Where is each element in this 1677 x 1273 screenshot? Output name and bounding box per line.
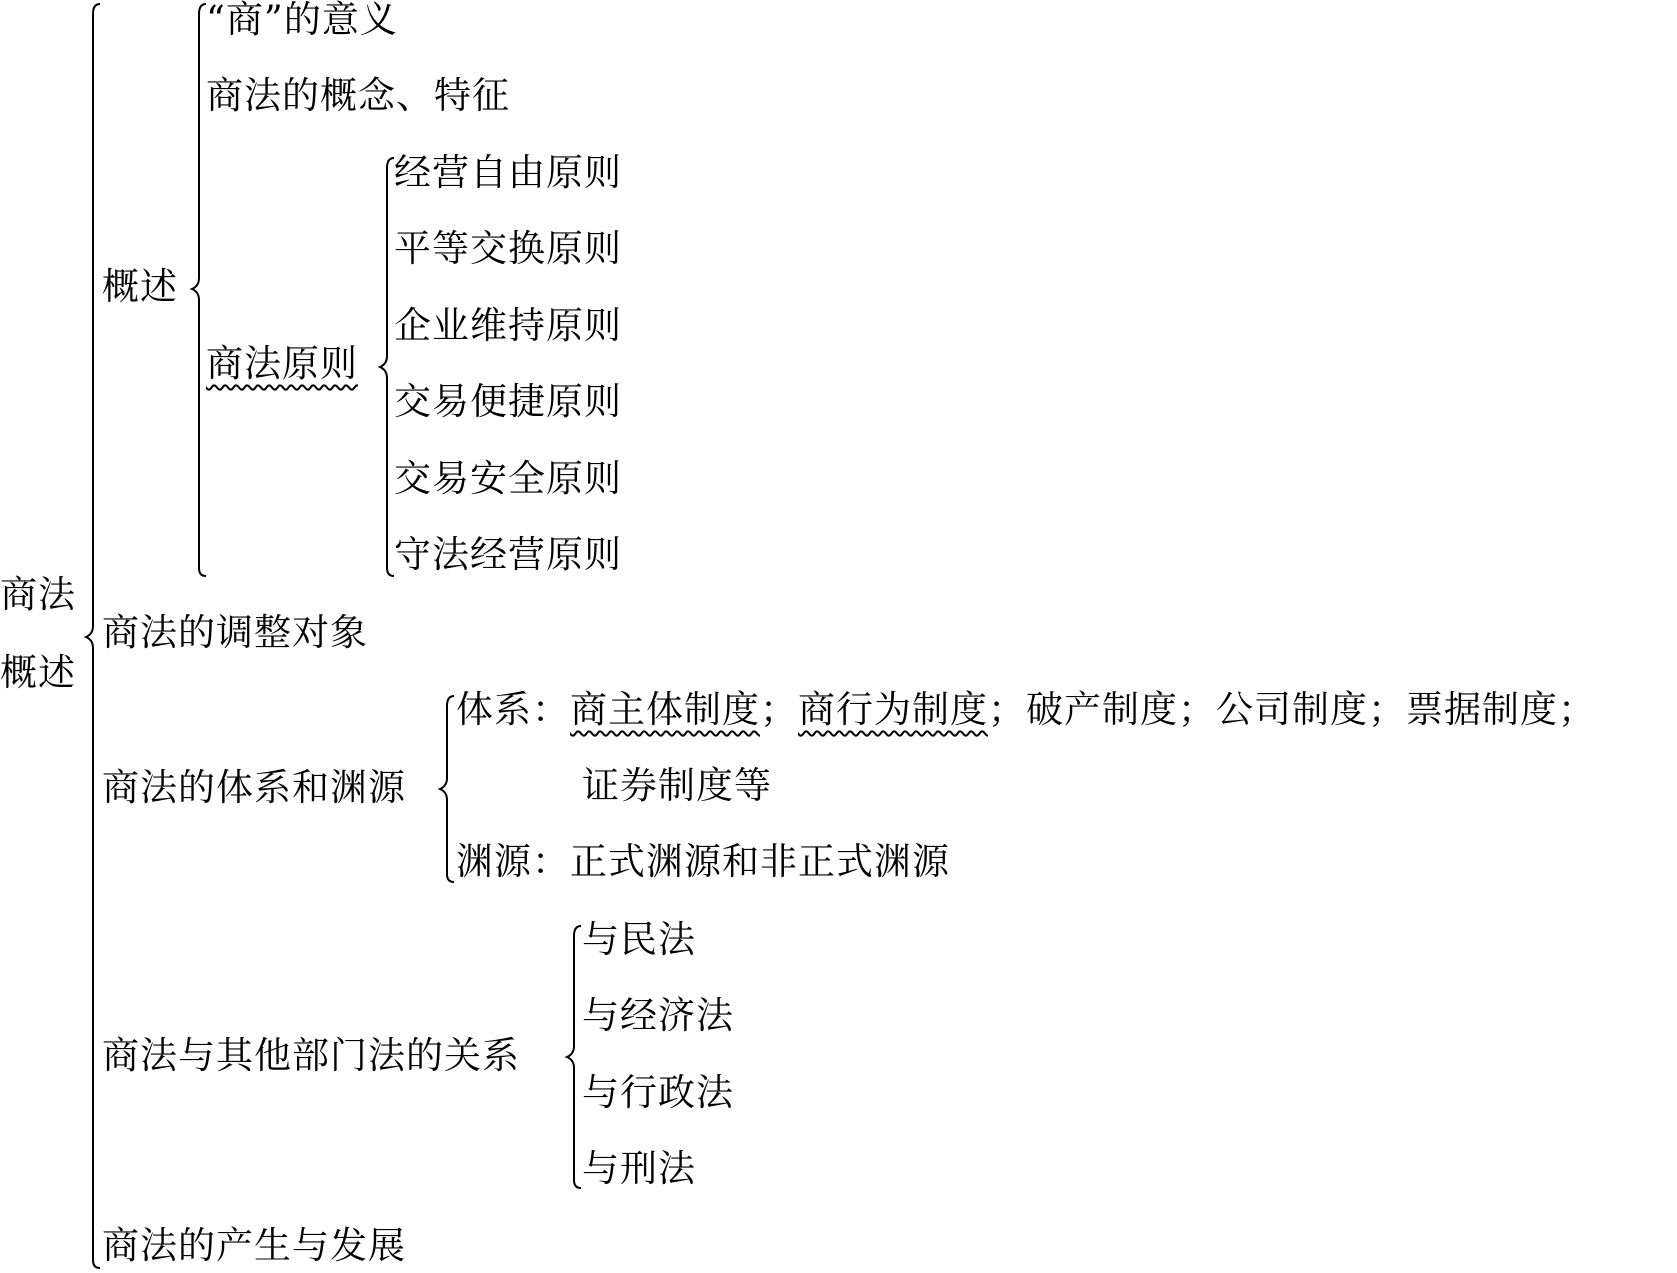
- separator: ；: [760, 688, 798, 731]
- system-item-behavior: 商行为制度: [798, 688, 988, 731]
- source-prefix: 渊源：: [456, 840, 570, 883]
- source-line: 渊源：正式渊源和非正式渊源: [456, 840, 950, 884]
- relation-item: 与行政法: [582, 1071, 734, 1115]
- principle-item: 守法经营原则: [394, 533, 622, 577]
- source-text: 正式渊源和非正式渊源: [570, 840, 950, 883]
- history-item: 商法的产生与发展: [102, 1224, 406, 1268]
- root-title-line1: 商法: [0, 573, 76, 617]
- root-title-line2: 概述: [0, 651, 76, 695]
- principle-item: 经营自由原则: [394, 151, 622, 195]
- principles-label: 商法原则: [206, 342, 358, 386]
- system-line2: 证券制度等: [582, 764, 772, 808]
- relations-label: 商法与其他部门法的关系: [102, 1034, 520, 1078]
- system-line1: 体系：商主体制度；商行为制度；破产制度；公司制度；票据制度；: [456, 688, 1596, 732]
- principle-item: 企业维持原则: [394, 304, 622, 348]
- relation-item: 与经济法: [582, 994, 734, 1038]
- system-label: 商法的体系和渊源: [102, 766, 406, 810]
- relation-item: 与刑法: [582, 1147, 696, 1191]
- system-item-rest: ；破产制度；公司制度；票据制度；: [988, 688, 1596, 731]
- adjustment-item: 商法的调整对象: [102, 611, 368, 655]
- system-item-subject: 商主体制度: [570, 688, 760, 731]
- relation-item: 与民法: [582, 918, 696, 962]
- principle-item: 交易安全原则: [394, 457, 622, 501]
- system-prefix: 体系：: [456, 688, 570, 731]
- concept-item: 商法的概念、特征: [206, 74, 510, 118]
- principle-item: 平等交换原则: [394, 227, 622, 271]
- meaning-item: “商”的意义: [206, 0, 398, 42]
- principle-item: 交易便捷原则: [394, 380, 622, 424]
- overview-label: 概述: [102, 265, 178, 309]
